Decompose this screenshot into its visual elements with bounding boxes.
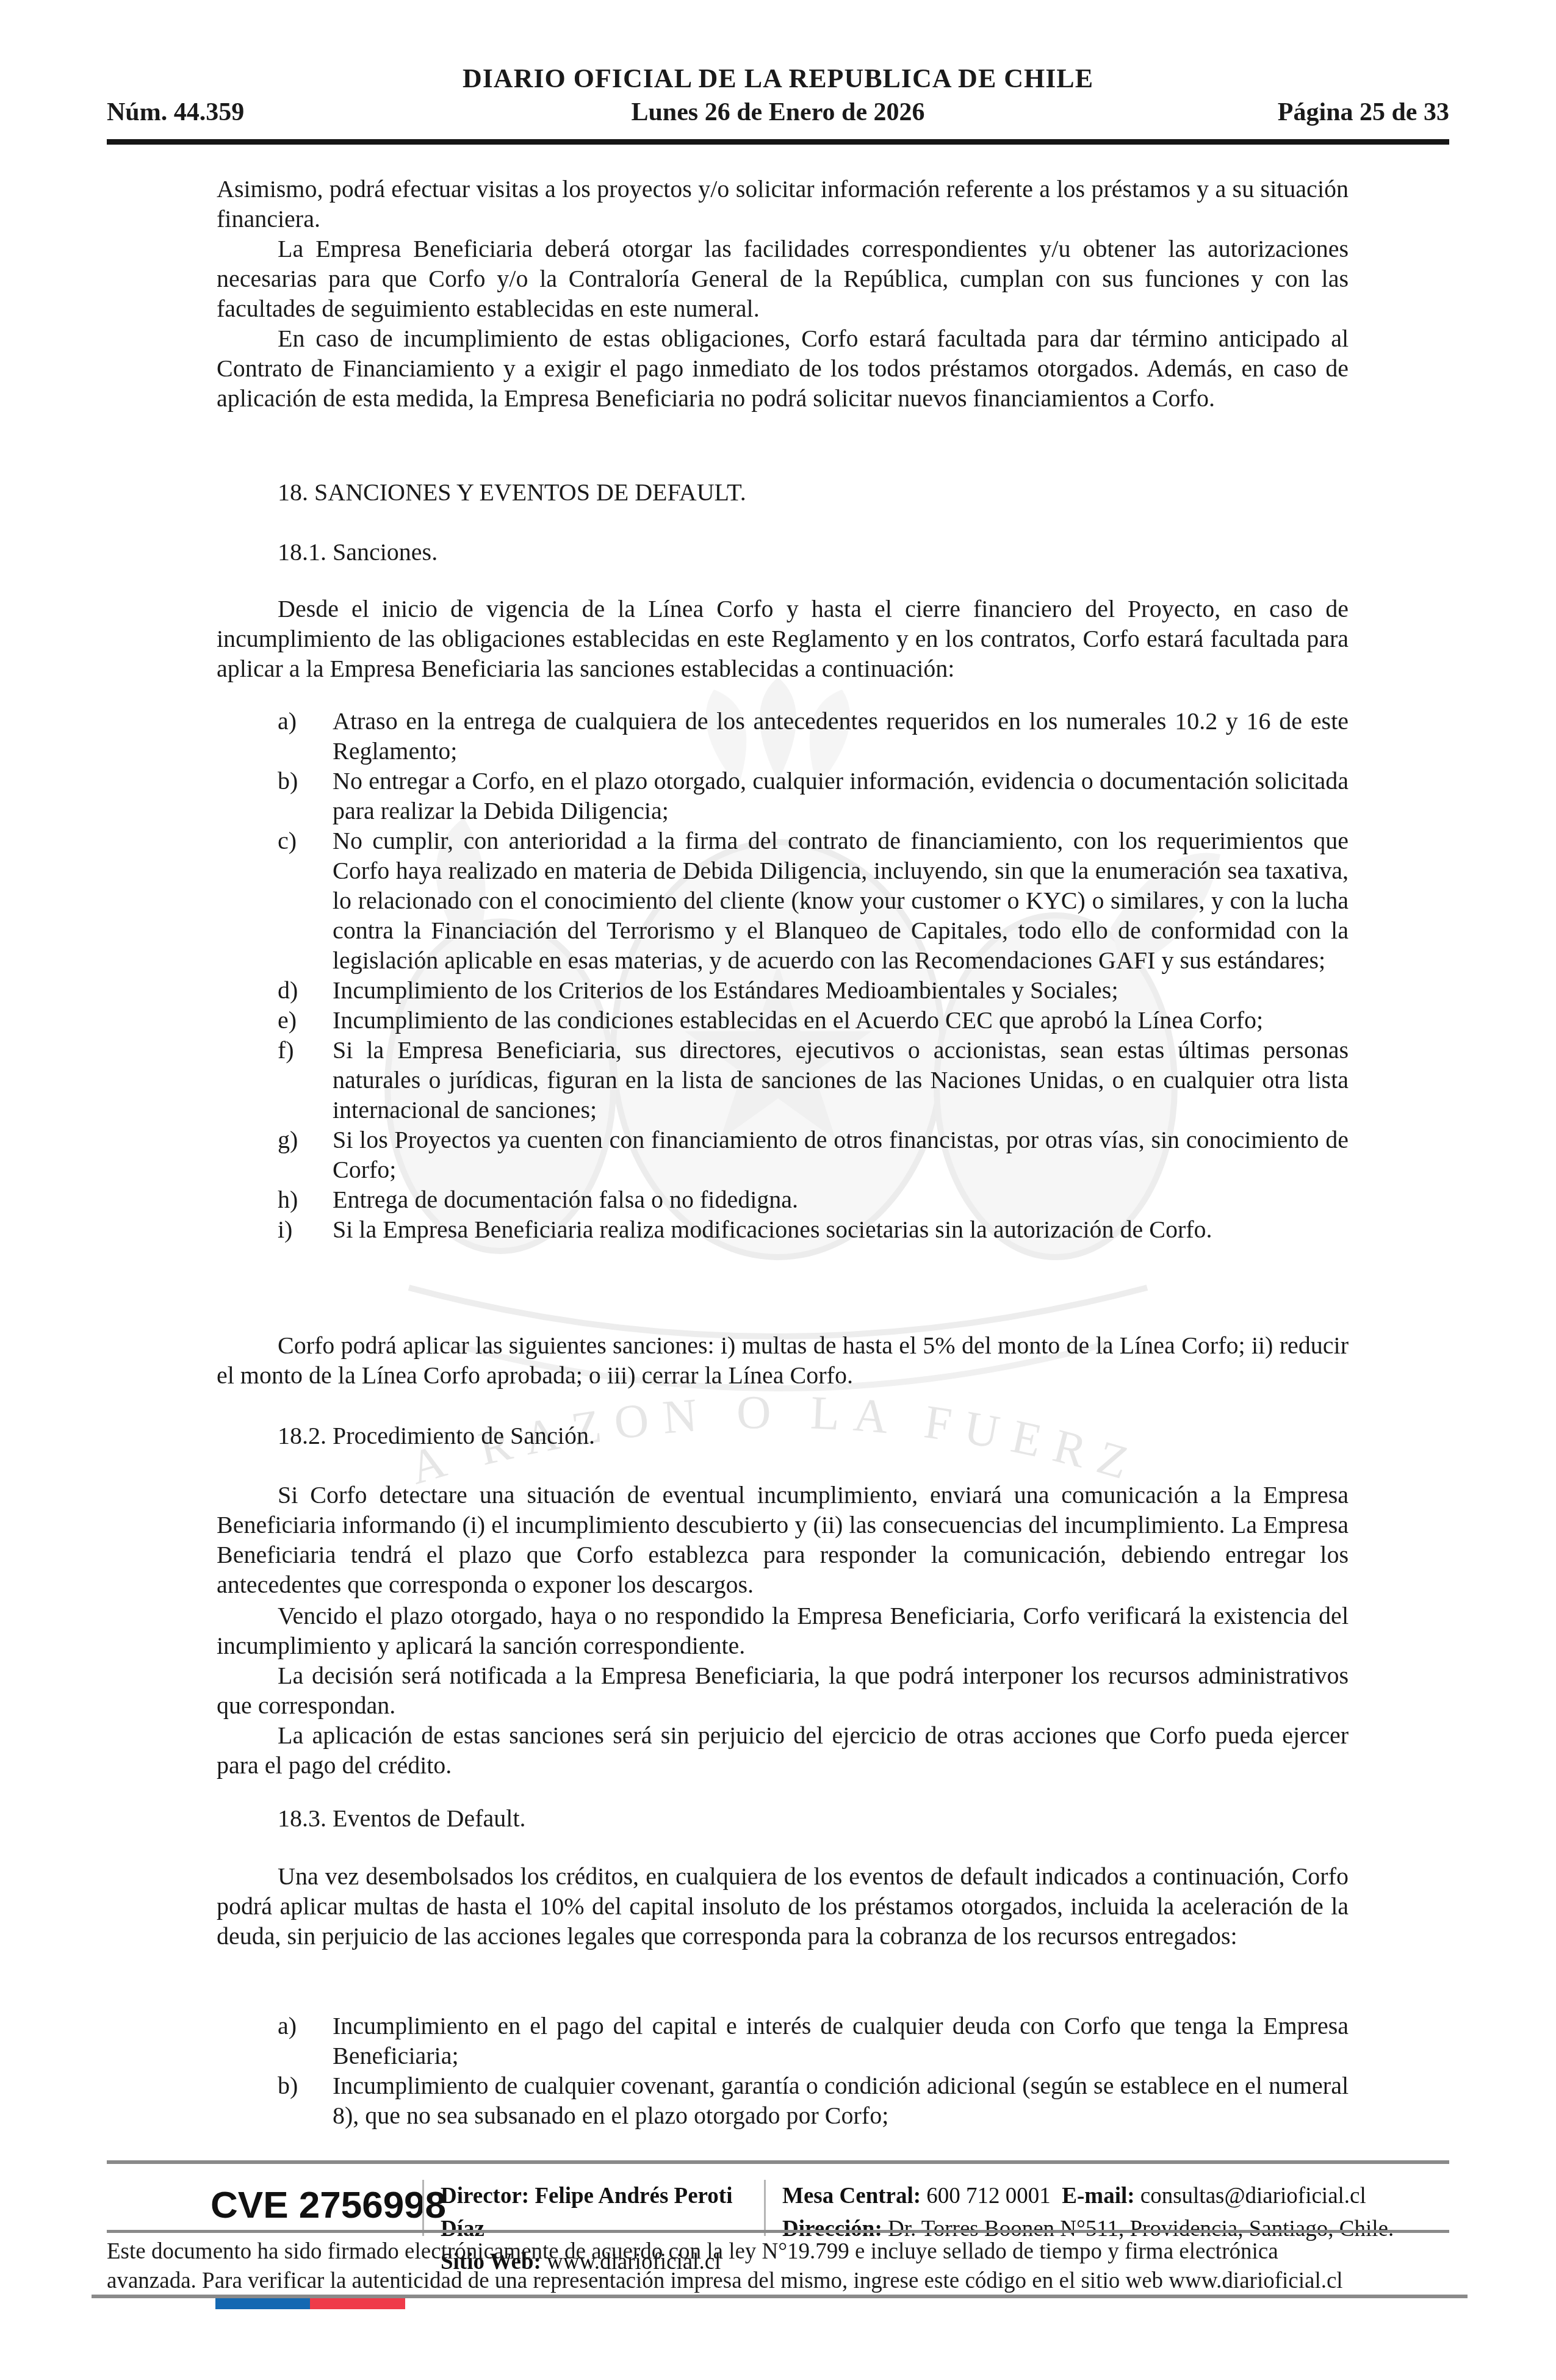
footer-rule-top <box>107 2160 1449 2164</box>
signature-disclaimer-line1: Este documento ha sido firmado electróni… <box>107 2237 1382 2266</box>
list-item-text: Entrega de documentación falsa o no fide… <box>333 1185 1349 1214</box>
gazette-page: LA RAZON O LA FUERZA DIARIO OFICIAL DE L… <box>0 0 1556 2380</box>
paragraph: Desde el inicio de vigencia de la Línea … <box>217 594 1349 683</box>
list-item-text: Incumplimiento en el pago del capital e … <box>333 2011 1349 2071</box>
list-item: a) Incumplimiento en el pago del capital… <box>278 2011 1349 2071</box>
list-item-text: Incumplimiento de las condiciones establ… <box>333 1005 1349 1035</box>
paragraph: La aplicación de estas sanciones será si… <box>217 1720 1349 1780</box>
gobierno-flag-bar <box>215 2298 405 2309</box>
page-indicator: Página 25 de 33 <box>107 98 1449 127</box>
section-heading-18-3: 18.3. Eventos de Default. <box>278 1803 1352 1833</box>
director-label: Director: <box>441 2183 529 2209</box>
masthead-rule <box>107 139 1449 145</box>
paragraph: Corfo podrá aplicar las siguientes sanci… <box>217 1330 1349 1390</box>
list-marker: i) <box>278 1214 333 1244</box>
paragraph: La Empresa Beneficiaria deberá otorgar l… <box>217 234 1349 323</box>
list-item: b) Incumplimiento de cualquier covenant,… <box>278 2071 1349 2130</box>
list-marker: g) <box>278 1125 333 1185</box>
list-item: a) Atraso en la entrega de cualquiera de… <box>278 706 1349 766</box>
list-item-text: Si la Empresa Beneficiaria realiza modif… <box>333 1214 1349 1244</box>
paragraph: En caso de incumplimiento de estas oblig… <box>217 323 1349 413</box>
paragraph: Asimismo, podrá efectuar visitas a los p… <box>217 174 1349 234</box>
list-item: d) Incumplimiento de los Criterios de lo… <box>278 975 1349 1005</box>
paragraph: La decisión será notificada a la Empresa… <box>217 1661 1349 1720</box>
list-item-text: Incumplimiento de cualquier covenant, ga… <box>333 2071 1349 2130</box>
phone-number: 600 712 0001 <box>926 2183 1051 2209</box>
default-events-list: a) Incumplimiento en el pago del capital… <box>278 2011 1349 2130</box>
list-item: h) Entrega de documentación falsa o no f… <box>278 1185 1349 1214</box>
footer-divider <box>764 2180 766 2236</box>
list-marker: b) <box>278 766 333 826</box>
list-item: g) Si los Proyectos ya cuenten con finan… <box>278 1125 1349 1185</box>
email-label: E-mail: <box>1062 2183 1134 2209</box>
section-heading-18-1: 18.1. Sanciones. <box>278 537 1352 567</box>
paragraph: Una vez desembolsados los créditos, en c… <box>217 1861 1349 1951</box>
director-line: Director: Felipe Andrés Peroti Díaz <box>441 2180 758 2246</box>
list-marker: d) <box>278 975 333 1005</box>
list-item-text: No cumplir, con anterioridad a la firma … <box>333 826 1349 975</box>
phone-email-line: Mesa Central: 600 712 0001 E-mail: consu… <box>782 2180 1453 2213</box>
signature-disclaimer-line2: avanzada. Para verificar la autenticidad… <box>107 2266 1382 2296</box>
footer-divider <box>422 2180 424 2236</box>
list-item-text: Si los Proyectos ya cuenten con financia… <box>333 1125 1349 1185</box>
flag-blue-segment <box>215 2298 310 2309</box>
list-marker: e) <box>278 1005 333 1035</box>
list-item-text: Atraso en la entrega de cualquiera de lo… <box>333 706 1349 766</box>
footer-contact-column: Mesa Central: 600 712 0001 E-mail: consu… <box>782 2180 1453 2246</box>
list-item-text: Incumplimiento de los Criterios de los E… <box>333 975 1349 1005</box>
list-marker: f) <box>278 1035 333 1125</box>
list-marker: a) <box>278 2011 333 2071</box>
list-item: f) Si la Empresa Beneficiaria, sus direc… <box>278 1035 1349 1125</box>
list-marker: a) <box>278 706 333 766</box>
list-marker: h) <box>278 1185 333 1214</box>
list-item-text: Si la Empresa Beneficiaria, sus director… <box>333 1035 1349 1125</box>
flag-red-segment <box>310 2298 405 2309</box>
sanctions-list: a) Atraso en la entrega de cualquiera de… <box>278 706 1349 1244</box>
paragraph: Vencido el plazo otorgado, haya o no res… <box>217 1601 1349 1661</box>
email-address: consultas@diarioficial.cl <box>1140 2183 1366 2209</box>
section-heading-18-2: 18.2. Procedimiento de Sanción. <box>278 1421 1352 1451</box>
list-item: b) No entregar a Corfo, en el plazo otor… <box>278 766 1349 826</box>
gazette-title: DIARIO OFICIAL DE LA REPUBLICA DE CHILE <box>107 63 1449 94</box>
list-marker: c) <box>278 826 333 975</box>
phone-label: Mesa Central: <box>782 2183 921 2209</box>
list-item: i) Si la Empresa Beneficiaria realiza mo… <box>278 1214 1349 1244</box>
paragraph: Si Corfo detectare una situación de even… <box>217 1480 1349 1599</box>
section-heading-18: 18. SANCIONES Y EVENTOS DE DEFAULT. <box>278 477 1352 507</box>
list-item: c) No cumplir, con anterioridad a la fir… <box>278 826 1349 975</box>
cve-code: CVE 2756998 <box>211 2183 446 2227</box>
list-item: e) Incumplimiento de las condiciones est… <box>278 1005 1349 1035</box>
list-marker: b) <box>278 2071 333 2130</box>
footer-rule-middle <box>107 2230 1449 2233</box>
list-item-text: No entregar a Corfo, en el plazo otorgad… <box>333 766 1349 826</box>
